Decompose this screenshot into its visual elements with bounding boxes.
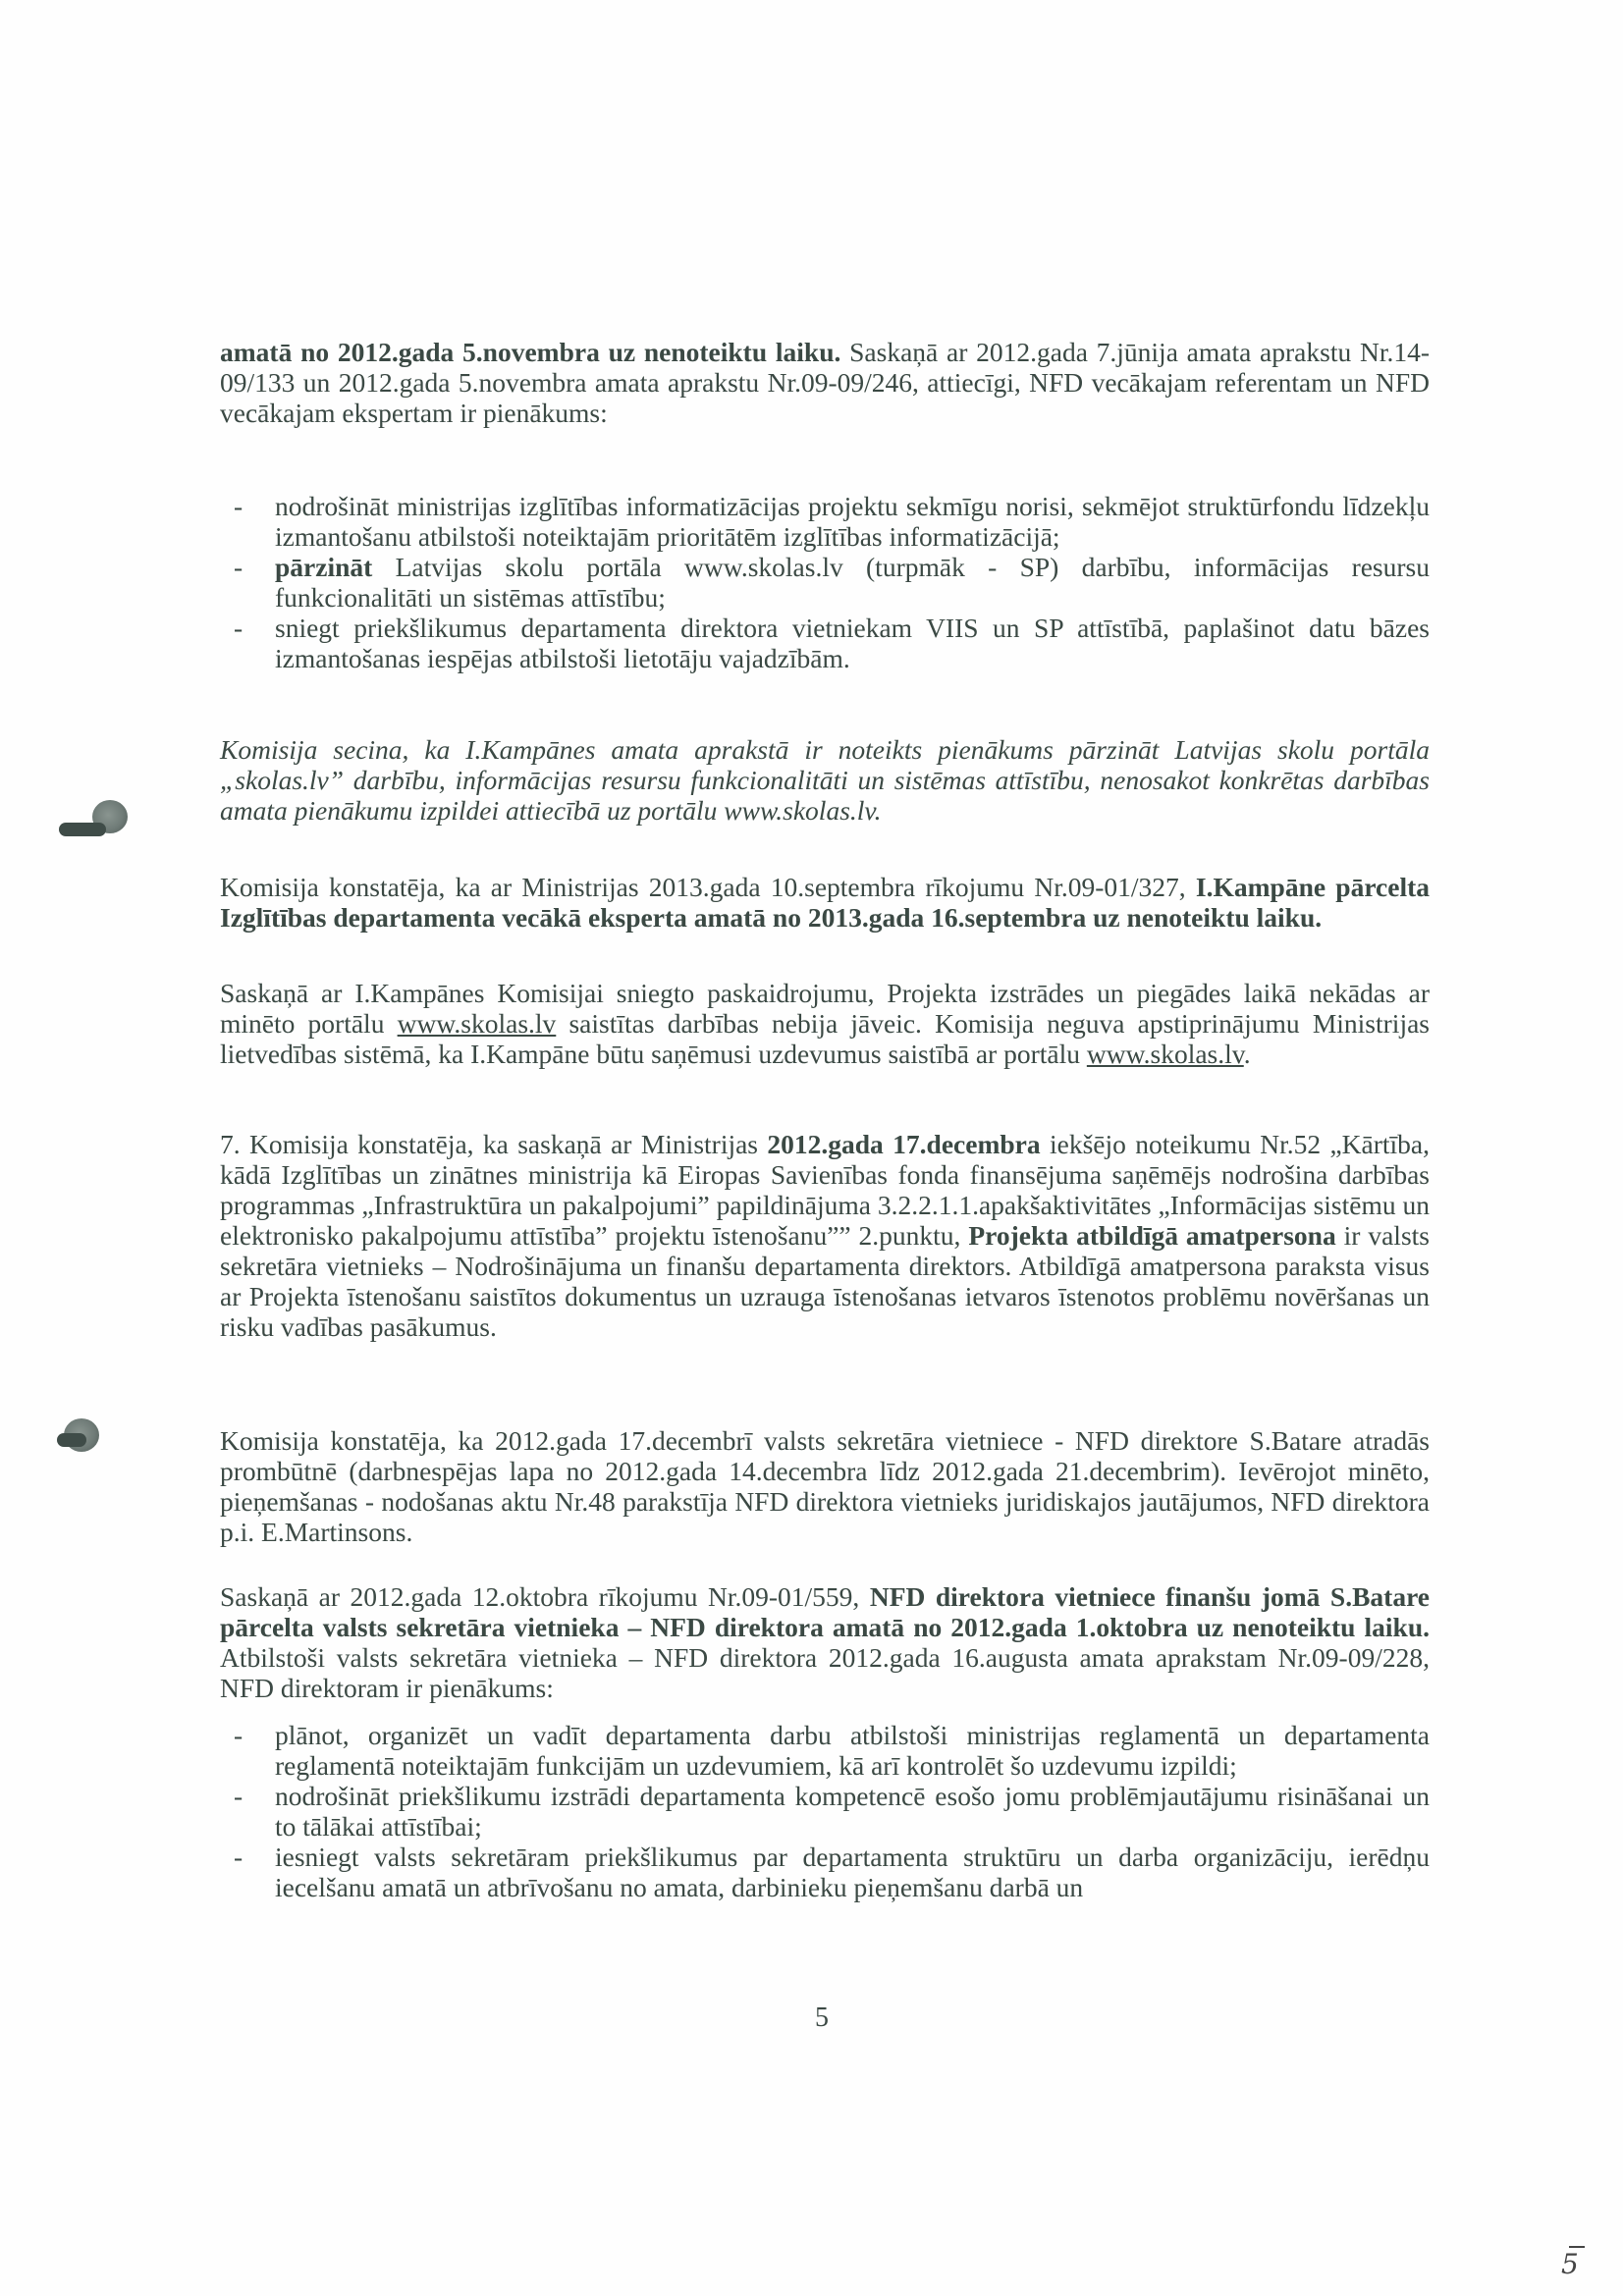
paragraph-explanation: Saskaņā ar I.Kampānes Komisijai sniegto … bbox=[220, 978, 1430, 1069]
document-page: amatā no 2012.gada 5.novembra uz nenotei… bbox=[0, 0, 1623, 2296]
paragraph-intro: amatā no 2012.gada 5.novembra uz nenotei… bbox=[220, 337, 1430, 428]
paragraph-transfer: Komisija konstatēja, ka ar Ministrijas 2… bbox=[220, 872, 1430, 933]
duties-list-1: nodrošināt ministrijas izglītības inform… bbox=[275, 491, 1430, 673]
bold-text: 2012.gada 17.decembra bbox=[767, 1129, 1040, 1159]
body-text: Atbilstoši valsts sekretāra vietnieka – … bbox=[220, 1642, 1430, 1703]
handwritten-page-number: 5 bbox=[1561, 2248, 1579, 2280]
list-item: iesniegt valsts sekretāram priekšlikumus… bbox=[275, 1842, 1430, 1902]
punch-hole-tear-icon bbox=[59, 823, 106, 836]
bold-text: amatā no 2012.gada 5.novembra uz nenotei… bbox=[220, 337, 840, 367]
paragraph-absence: Komisija konstatēja, ka 2012.gada 17.dec… bbox=[220, 1425, 1430, 1547]
list-item-text: sniegt priekšlikumus departamenta direkt… bbox=[275, 613, 1430, 673]
link-skolas-lv[interactable]: www.skolas.lv bbox=[398, 1008, 557, 1039]
page-number: 5 bbox=[815, 2002, 829, 2034]
body-text: 7. Komisija konstatēja, ka saskaņā ar Mi… bbox=[220, 1129, 767, 1159]
link-skolas-lv[interactable]: www.skolas.lv bbox=[1087, 1039, 1244, 1069]
paragraph-point-7: 7. Komisija konstatēja, ka saskaņā ar Mi… bbox=[220, 1129, 1430, 1342]
body-text: Saskaņā ar 2012.gada 12.oktobra rīkojumu… bbox=[220, 1581, 870, 1612]
bold-text: pārzināt bbox=[275, 552, 372, 582]
list-item: plānot, organizēt un vadīt departamenta … bbox=[275, 1720, 1430, 1781]
bold-text: Projekta atbildīgā amatpersona bbox=[968, 1220, 1335, 1251]
punch-hole-tear-icon bbox=[57, 1433, 86, 1447]
duties-list-2: plānot, organizēt un vadīt departamenta … bbox=[275, 1720, 1430, 1902]
list-item: sniegt priekšlikumus departamenta direkt… bbox=[275, 613, 1430, 673]
paragraph-director: Saskaņā ar 2012.gada 12.oktobra rīkojumu… bbox=[220, 1581, 1430, 1703]
body-text: Komisija konstatēja, ka ar Ministrijas 2… bbox=[220, 872, 1196, 902]
list-item-text: nodrošināt ministrijas izglītības inform… bbox=[275, 491, 1430, 552]
paragraph-conclusion-italic: Komisija secina, ka I.Kampānes amata apr… bbox=[220, 734, 1430, 826]
list-item: nodrošināt priekšlikumu izstrādi departa… bbox=[275, 1781, 1430, 1842]
list-item-text: Latvijas skolu portāla www.skolas.lv (tu… bbox=[275, 552, 1430, 613]
list-item: pārzināt Latvijas skolu portāla www.skol… bbox=[275, 552, 1430, 613]
body-text: . bbox=[1244, 1039, 1251, 1069]
list-item: nodrošināt ministrijas izglītības inform… bbox=[275, 491, 1430, 552]
